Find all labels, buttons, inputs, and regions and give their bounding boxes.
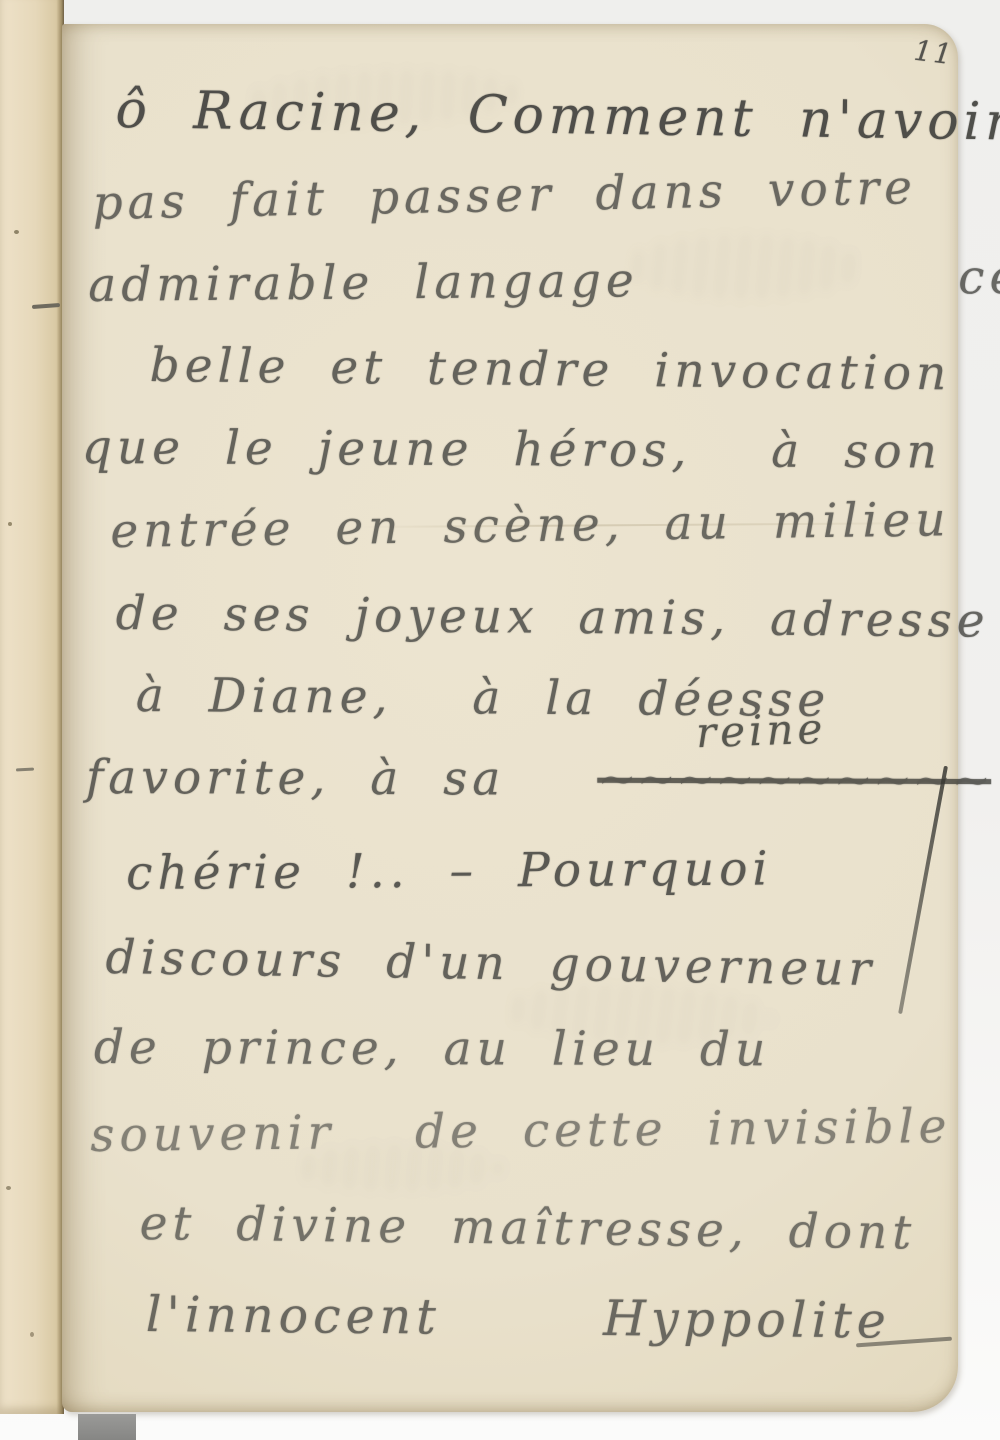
photo-backdrop: 11 ô Racine, Comment n'avoir pas fait pa… xyxy=(0,0,1000,1440)
manuscript-line: et divine maîtresse, dont xyxy=(139,1196,916,1260)
interlinear-insertion: reine xyxy=(695,704,827,758)
crossed-out-word: ~~~~~~~~~~ xyxy=(597,752,991,808)
manuscript-line: de prince, au lieu du xyxy=(94,1020,771,1077)
page-edge-stack xyxy=(0,0,64,1414)
manuscript-line: ô Racine, Comment n'avoir xyxy=(115,80,1000,153)
manuscript-line: belle et tendre invocation xyxy=(149,338,951,401)
dust-speck xyxy=(30,1332,34,1337)
manuscript-line: de ses joyeux amis, adresse xyxy=(116,586,990,649)
dust-speck xyxy=(6,1186,11,1190)
dust-speck xyxy=(14,230,19,234)
dust-speck xyxy=(8,522,12,526)
notebook-page: 11 ô Racine, Comment n'avoir pas fait pa… xyxy=(62,24,958,1412)
manuscript-line: discours d'un gouverneur xyxy=(105,930,876,997)
manuscript-line: l'innocent Hyppolite xyxy=(146,1286,892,1350)
stand-clip xyxy=(78,1414,136,1440)
page-number: 11 xyxy=(912,34,955,72)
manuscript-line: favorite, à sa ~~~~~~~~~~ xyxy=(86,750,991,808)
manuscript-line: entrée en scène, au milieu xyxy=(110,492,951,559)
manuscript-line: admirable langage cette xyxy=(88,249,1000,313)
manuscript-line: pas fait passer dans votre xyxy=(92,160,917,231)
manuscript-line: souvenir de cette invisible xyxy=(90,1099,952,1163)
manuscript-line-text: favorite, à sa xyxy=(86,750,546,807)
manuscript-line: que le jeune héros, à son xyxy=(82,420,942,480)
manuscript-line: chérie !.. – Pourquoi ce xyxy=(126,839,1000,901)
